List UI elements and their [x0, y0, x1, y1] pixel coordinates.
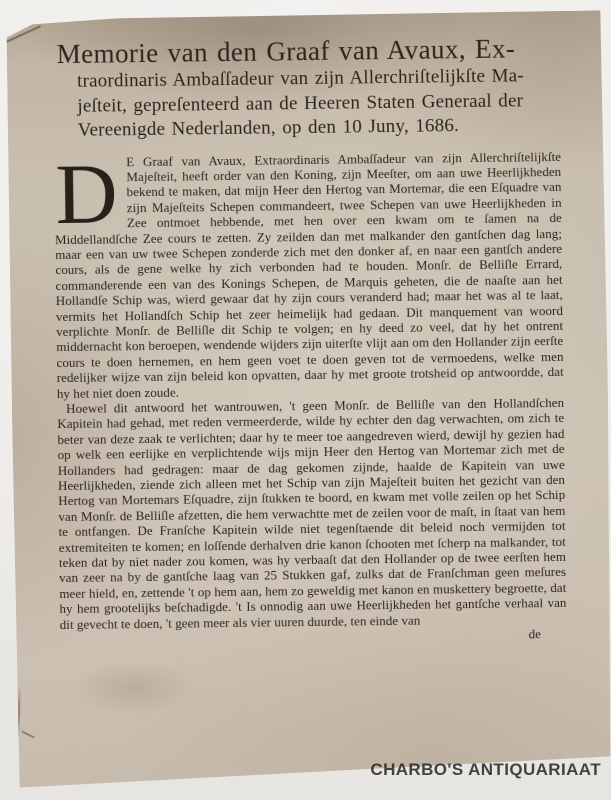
document-page: Memorie van den Graaf van Avaux, Ex- tra… — [6, 10, 611, 789]
paragraph-2: Hoewel dit antwoord het wantrouwen, 't g… — [57, 395, 567, 632]
printed-text-block: Memorie van den Graaf van Avaux, Ex- tra… — [6, 10, 611, 789]
paragraph-1: DE Graaf van Avaux, Extraordinaris Ambaſ… — [54, 148, 564, 401]
paragraph-1-text: E Graaf van Avaux, Extraordinaris Ambaſſ… — [55, 148, 564, 400]
dropcap-initial: D — [55, 157, 118, 232]
photo-backdrop: Memorie van den Graaf van Avaux, Ex- tra… — [0, 0, 611, 800]
document-title: Memorie van den Graaf van Avaux, Ex- tra… — [53, 33, 561, 144]
title-line-4: Vereenigde Nederlanden, op den 10 Juny, … — [78, 113, 561, 143]
bookseller-watermark: CHARBO'S ANTIQUARIAAT — [370, 760, 601, 780]
